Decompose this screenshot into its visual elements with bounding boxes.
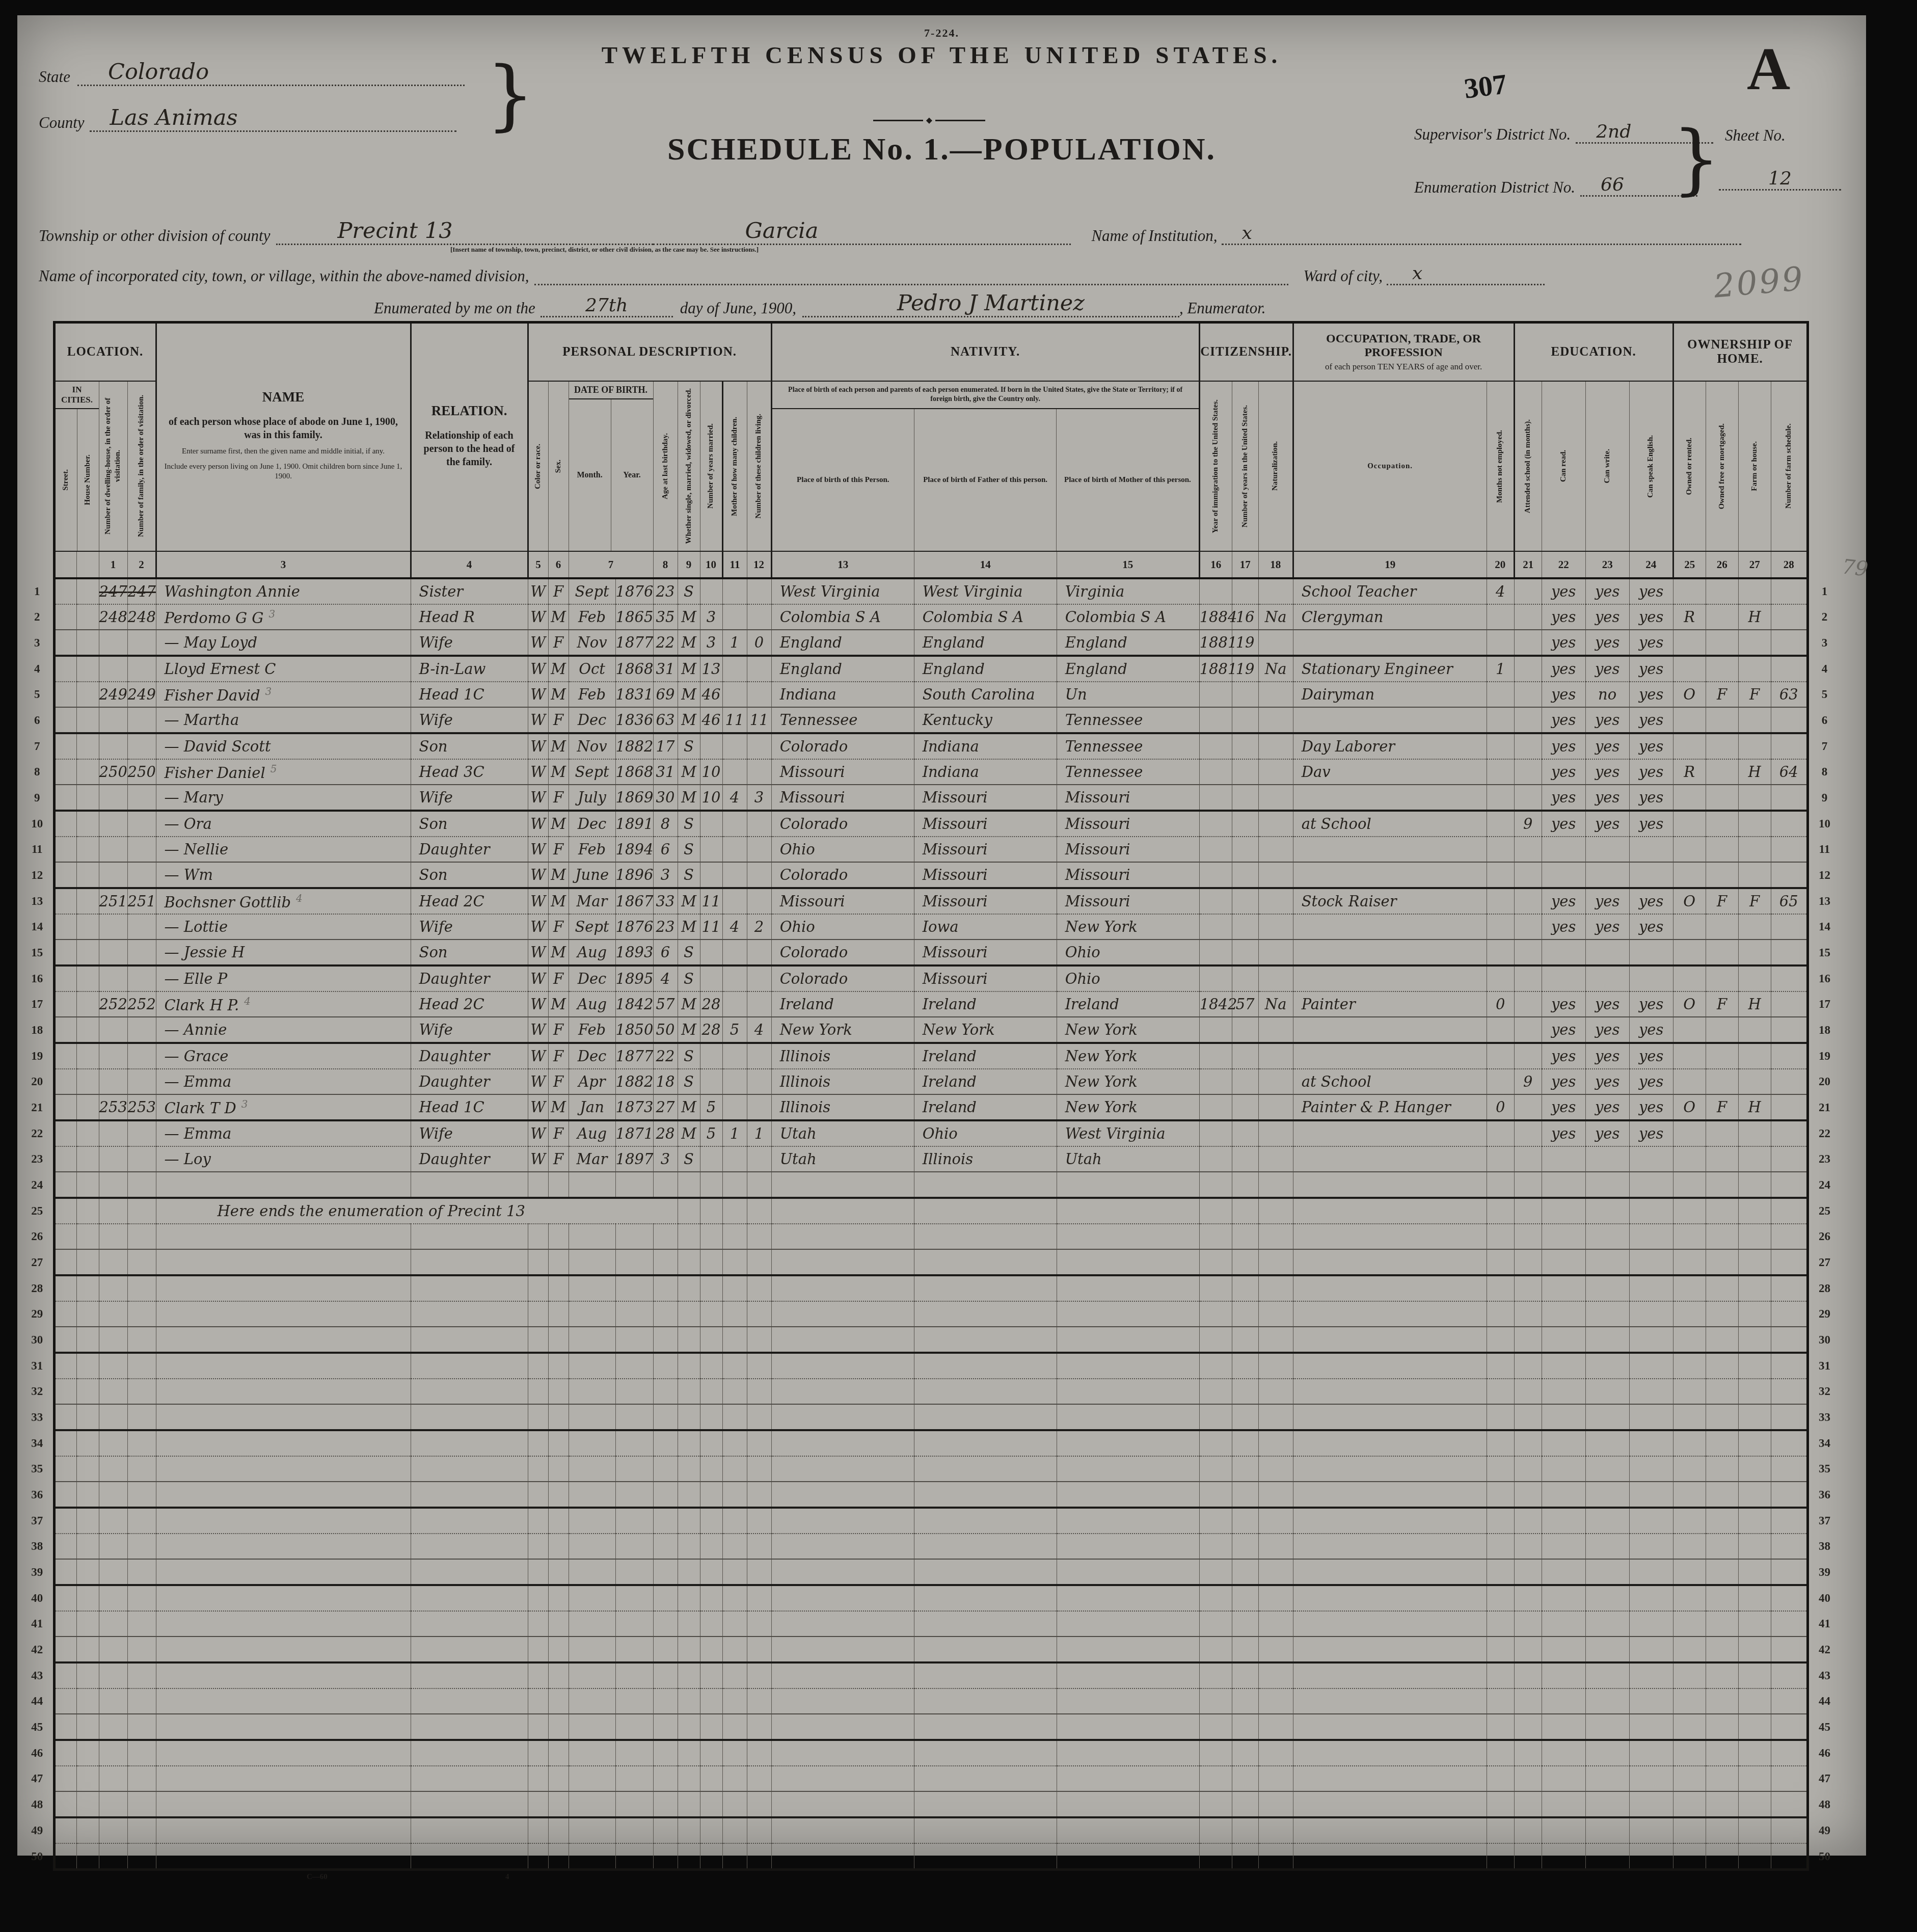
cell-yr: 1896	[615, 862, 653, 888]
cell-age	[653, 1662, 678, 1688]
cell-fam: 249	[127, 682, 156, 707]
cell-mar: S	[678, 862, 700, 888]
cell-fno	[1771, 1534, 1807, 1559]
column-number: 2	[127, 551, 156, 578]
cell-write	[1585, 1662, 1629, 1688]
year-label: Year.	[611, 399, 653, 551]
cell-cl	[747, 733, 771, 759]
cell-street	[54, 759, 76, 785]
cell-mu	[1487, 1198, 1514, 1224]
line-number: 34	[1807, 1430, 1840, 1456]
table-row: 1247247Washington AnnieSisterWFSept18762…	[21, 578, 1840, 604]
cell-mar: S	[678, 965, 700, 991]
cell-fam	[127, 1559, 156, 1585]
township-line: Township or other division of county Pre…	[39, 218, 1741, 245]
cell-yus	[1232, 965, 1258, 991]
cell-c	[528, 1508, 548, 1534]
cell-pf	[914, 1534, 1057, 1559]
cell-mu	[1487, 759, 1514, 785]
cell-mc	[722, 604, 747, 630]
cell-yus	[1232, 1714, 1258, 1740]
cell-house	[76, 1172, 99, 1198]
cell-cl	[747, 1559, 771, 1585]
cell-rel	[411, 1224, 528, 1249]
cell-school	[1514, 630, 1542, 656]
cell-name: — Wm	[156, 862, 411, 888]
cell-ym: 5	[700, 1120, 722, 1146]
line-number: 16	[21, 965, 54, 991]
cell-own: R	[1673, 604, 1706, 630]
cell-imm	[1199, 1172, 1232, 1198]
cell-cl	[747, 1791, 771, 1817]
cell-ym	[700, 1559, 722, 1585]
cell-mu	[1487, 1353, 1514, 1379]
column-number: 24	[1629, 551, 1673, 578]
cell-nat	[1258, 862, 1293, 888]
cell-mu	[1487, 1017, 1514, 1043]
cell-occ: at School	[1293, 811, 1487, 837]
cell-fh	[1738, 1585, 1771, 1611]
cell-imm	[1199, 940, 1232, 965]
marital-label: Whether single, married, widowed, or div…	[678, 381, 700, 551]
cell-c	[528, 1636, 548, 1662]
family-number-label: Number of family, in the order of visita…	[127, 381, 156, 551]
cell-read: yes	[1542, 991, 1585, 1017]
cell-pob: Colorado	[771, 733, 914, 759]
cell-ym	[700, 1275, 722, 1301]
cell-mc	[722, 1559, 747, 1585]
enumeration-line: Enumeration District No. 66	[1414, 174, 1697, 197]
cell-occ	[1293, 1843, 1487, 1870]
cell-free	[1706, 1275, 1738, 1301]
cell-name: — Emma	[156, 1120, 411, 1146]
cell-mar	[678, 1714, 700, 1740]
cell-fh	[1738, 1224, 1771, 1249]
cell-name	[156, 1482, 411, 1508]
cell-mo: Dec	[569, 1043, 615, 1069]
cell-speak	[1629, 1534, 1673, 1559]
cell-yus: 19	[1232, 630, 1258, 656]
line-number: 46	[21, 1740, 54, 1766]
cell-house	[76, 733, 99, 759]
cell-mu	[1487, 1766, 1514, 1791]
cell-yr	[615, 1224, 653, 1249]
cell-name: — Annie	[156, 1017, 411, 1043]
line-number: 46	[1807, 1740, 1840, 1766]
cell-s: F	[548, 1146, 569, 1172]
cell-imm	[1199, 1611, 1232, 1636]
cell-school	[1514, 1482, 1542, 1508]
cell-yus	[1232, 1301, 1258, 1327]
cell-s	[548, 1585, 569, 1611]
cell-mu	[1487, 940, 1514, 965]
cell-c: W	[528, 914, 548, 940]
cell-write: yes	[1585, 1043, 1629, 1069]
cell-house	[76, 1249, 99, 1275]
cell-fh	[1738, 1120, 1771, 1146]
cell-school	[1514, 940, 1542, 965]
column-relation-header: RELATION. Relationship of each person to…	[411, 323, 528, 552]
cell-mar	[678, 1172, 700, 1198]
cell-pf: Kentucky	[914, 707, 1057, 733]
cell-pf	[914, 1379, 1057, 1404]
line-number: 4	[1807, 656, 1840, 682]
cell-ym	[700, 940, 722, 965]
cell-fam	[127, 1301, 156, 1327]
cell-s: F	[548, 707, 569, 733]
cell-write: yes	[1585, 991, 1629, 1017]
house-number-label: House Number.	[83, 454, 93, 505]
cell-pm: Missouri	[1057, 837, 1199, 862]
cell-ym: 46	[700, 682, 722, 707]
line-number: 9	[1807, 785, 1840, 811]
cell-fh	[1738, 1249, 1771, 1275]
cell-mc	[722, 1224, 747, 1249]
cell-mc	[722, 1843, 747, 1870]
cell-rel: Daughter	[411, 1043, 528, 1069]
cell-nat	[1258, 682, 1293, 707]
cell-speak: yes	[1629, 1120, 1673, 1146]
cell-c	[528, 1482, 548, 1508]
cell-mar: S	[678, 811, 700, 837]
cell-street	[54, 1766, 76, 1791]
cell-house	[76, 1714, 99, 1740]
cell-read: yes	[1542, 707, 1585, 733]
cell-write	[1585, 1766, 1629, 1791]
cell-dw	[99, 1430, 127, 1456]
cell-yr: 1876	[615, 578, 653, 604]
cell-own	[1673, 1146, 1706, 1172]
cell-cl	[747, 1094, 771, 1120]
cell-dw	[99, 1301, 127, 1327]
cell-pob: Illinois	[771, 1043, 914, 1069]
cell-fh	[1738, 811, 1771, 837]
cell-cl	[747, 1766, 771, 1791]
cell-age	[653, 1585, 678, 1611]
census-table: LOCATION. NAME of each person whose plac…	[21, 321, 1840, 1871]
cell-yus: 19	[1232, 656, 1258, 682]
cell-mu	[1487, 785, 1514, 811]
column-number: 22	[1542, 551, 1585, 578]
cell-s: M	[548, 888, 569, 914]
cell-mc	[722, 1456, 747, 1482]
cell-age: 6	[653, 940, 678, 965]
table-row: 22— EmmaWifeWFAug187128M511UtahOhioWest …	[21, 1120, 1840, 1146]
cell-ym: 3	[700, 604, 722, 630]
cell-nat	[1258, 1094, 1293, 1120]
cell-mar: M	[678, 1017, 700, 1043]
cell-fam	[127, 1120, 156, 1146]
cell-imm	[1199, 1275, 1232, 1301]
cell-age	[653, 1714, 678, 1740]
cell-yr: 1877	[615, 1043, 653, 1069]
city-line: Name of incorporated city, town, or vill…	[39, 263, 1545, 285]
line-number: 1	[21, 578, 54, 604]
cell-dw	[99, 1069, 127, 1094]
cell-pf: Missouri	[914, 837, 1057, 862]
cell-mo	[569, 1688, 615, 1714]
cell-s: F	[548, 1017, 569, 1043]
cell-cl	[747, 1611, 771, 1636]
table-row: 4242	[21, 1636, 1840, 1662]
cell-fam	[127, 1043, 156, 1069]
cell-rel: Wife	[411, 1120, 528, 1146]
cell-s: M	[548, 682, 569, 707]
cell-rel	[411, 1688, 528, 1714]
line-number: 38	[1807, 1534, 1840, 1559]
cell-fam	[127, 1198, 156, 1224]
cell-c: W	[528, 707, 548, 733]
cell-mu	[1487, 1611, 1514, 1636]
cell-nat	[1258, 1766, 1293, 1791]
cell-fh	[1738, 1688, 1771, 1714]
cell-occ: Painter & P. Hanger	[1293, 1094, 1487, 1120]
cell-nat	[1258, 1482, 1293, 1508]
cell-street	[54, 1043, 76, 1069]
cell-read	[1542, 1275, 1585, 1301]
cell-ym	[700, 1766, 722, 1791]
cell-school	[1514, 785, 1542, 811]
cell-pob	[771, 1636, 914, 1662]
cell-yr	[615, 1275, 653, 1301]
cell-pob: West Virginia	[771, 578, 914, 604]
cell-name: — Ora	[156, 811, 411, 837]
cell-fno	[1771, 1508, 1807, 1534]
cell-fam	[127, 1585, 156, 1611]
cell-dw	[99, 656, 127, 682]
cell-school	[1514, 965, 1542, 991]
line-number: 42	[1807, 1636, 1840, 1662]
cell-fam	[127, 1636, 156, 1662]
cell-name: — Mary	[156, 785, 411, 811]
cell-s: F	[548, 578, 569, 604]
cell-fh: H	[1738, 991, 1771, 1017]
cell-nat: Na	[1258, 656, 1293, 682]
cell-write	[1585, 1275, 1629, 1301]
cell-yus	[1232, 1508, 1258, 1534]
cell-own	[1673, 733, 1706, 759]
cell-s: F	[548, 1069, 569, 1094]
cell-street	[54, 682, 76, 707]
cell-rel	[411, 1766, 528, 1791]
cell-nat: Na	[1258, 991, 1293, 1017]
table-row: 3636	[21, 1482, 1840, 1508]
cell-speak: yes	[1629, 656, 1673, 682]
owned-free-label: Owned free or mortgaged.	[1706, 381, 1738, 551]
county-line: County Las Animas	[39, 105, 456, 132]
cell-pob: Illinois	[771, 1069, 914, 1094]
cell-occ	[1293, 862, 1487, 888]
cell-c	[528, 1172, 548, 1198]
cell-imm: 1884	[1199, 604, 1232, 630]
cell-s: F	[548, 1120, 569, 1146]
line-number: 45	[1807, 1714, 1840, 1740]
cell-fam	[127, 1430, 156, 1456]
cell-rel	[411, 1249, 528, 1275]
cell-cl	[747, 1249, 771, 1275]
cell-c: W	[528, 656, 548, 682]
cell-speak: yes	[1629, 811, 1673, 837]
cell-mar	[678, 1430, 700, 1456]
cell-rel	[411, 1508, 528, 1534]
cell-cl	[747, 604, 771, 630]
line-number: 47	[21, 1766, 54, 1791]
cell-read	[1542, 862, 1585, 888]
can-read-label: Can read.	[1542, 381, 1585, 551]
cell-pob: Ohio	[771, 914, 914, 940]
cell-dw	[99, 914, 127, 940]
cell-mo	[569, 1843, 615, 1870]
cell-free	[1706, 578, 1738, 604]
cell-s: M	[548, 940, 569, 965]
pencil-annotation: 5	[271, 763, 277, 775]
column-number: 25	[1673, 551, 1706, 578]
cell-dw	[99, 1817, 127, 1843]
cell-fh	[1738, 1766, 1771, 1791]
cell-pf: Illinois	[914, 1146, 1057, 1172]
cell-cl	[747, 1585, 771, 1611]
cell-age: 23	[653, 914, 678, 940]
cell-street	[54, 1559, 76, 1585]
cell-dw	[99, 1198, 127, 1224]
cell-own	[1673, 1430, 1706, 1456]
cell-yus	[1232, 1017, 1258, 1043]
cell-write: yes	[1585, 914, 1629, 940]
cell-s: M	[548, 604, 569, 630]
cell-mc	[722, 1404, 747, 1430]
cell-school	[1514, 1817, 1542, 1843]
cell-dw: 253	[99, 1094, 127, 1120]
cell-c	[528, 1327, 548, 1353]
cell-cl	[747, 1636, 771, 1662]
cell-ym	[700, 1430, 722, 1456]
cell-dw	[99, 1508, 127, 1534]
name-note1: Enter surname first, then the given name…	[164, 447, 403, 457]
line-number: 8	[21, 759, 54, 785]
cell-mo: Sept	[569, 578, 615, 604]
cell-fno	[1771, 1017, 1807, 1043]
cell-occ	[1293, 940, 1487, 965]
cell-pf	[914, 1275, 1057, 1301]
cell-mc	[722, 1430, 747, 1456]
cell-yus	[1232, 1275, 1258, 1301]
cell-mc: 4	[722, 785, 747, 811]
cell-ym	[700, 1482, 722, 1508]
cell-fh	[1738, 1791, 1771, 1817]
cell-free	[1706, 1172, 1738, 1198]
cell-house	[76, 888, 99, 914]
cell-write	[1585, 1249, 1629, 1275]
cell-own	[1673, 1275, 1706, 1301]
cell-pf: Ohio	[914, 1120, 1057, 1146]
cell-house	[76, 991, 99, 1017]
table-row: 3939	[21, 1559, 1840, 1585]
cell-house	[76, 1843, 99, 1870]
cell-write: yes	[1585, 604, 1629, 630]
cell-house	[76, 630, 99, 656]
cell-s	[548, 1379, 569, 1404]
name-desc: of each person whose place of abode on J…	[164, 415, 403, 442]
cell-mo: Aug	[569, 1120, 615, 1146]
cell-pob: Illinois	[771, 1094, 914, 1120]
cell-house	[76, 1069, 99, 1094]
cell-fno	[1771, 991, 1807, 1017]
cell-mu	[1487, 682, 1514, 707]
cell-fam	[127, 707, 156, 733]
cell-school	[1514, 1611, 1542, 1636]
cell-nat	[1258, 1508, 1293, 1534]
cell-read: yes	[1542, 1120, 1585, 1146]
enumeration-label: Enumeration District No.	[1414, 178, 1575, 197]
table-row: 9— MaryWifeWFJuly186930M1043MissouriMiss…	[21, 785, 1840, 811]
cell-age	[653, 1456, 678, 1482]
cell-mu	[1487, 1636, 1514, 1662]
cell-nat	[1258, 1456, 1293, 1482]
cell-mc: 1	[722, 630, 747, 656]
cell-school	[1514, 604, 1542, 630]
sheet-footer: C—60 4	[21, 1871, 1866, 1896]
cell-free	[1706, 656, 1738, 682]
cell-fh	[1738, 1172, 1771, 1198]
cell-speak	[1629, 965, 1673, 991]
cell-fam	[127, 733, 156, 759]
cell-ym	[700, 1224, 722, 1249]
cell-read	[1542, 1353, 1585, 1379]
cell-mc	[722, 1094, 747, 1120]
table-row: 23— LoyDaughterWFMar18973SUtahIllinoisUt…	[21, 1146, 1840, 1172]
table-row: 3838	[21, 1534, 1840, 1559]
cell-age: 33	[653, 888, 678, 914]
cell-yr: 1868	[615, 656, 653, 682]
cell-dw	[99, 630, 127, 656]
cell-occ	[1293, 965, 1487, 991]
cell-ym	[700, 1404, 722, 1430]
cell-fh	[1738, 1275, 1771, 1301]
cell-dw: 251	[99, 888, 127, 914]
cell-nat	[1258, 1379, 1293, 1404]
cell-name	[156, 1559, 411, 1585]
cell-name	[156, 1275, 411, 1301]
cell-cl	[747, 1430, 771, 1456]
title-ornament: ◆	[873, 115, 985, 125]
cell-ym	[700, 1327, 722, 1353]
cell-pob: England	[771, 630, 914, 656]
cell-dw	[99, 1714, 127, 1740]
cell-cl	[747, 1224, 771, 1249]
cell-occ	[1293, 1017, 1487, 1043]
cell-school	[1514, 1301, 1542, 1327]
cell-own	[1673, 1791, 1706, 1817]
cell-fh	[1738, 837, 1771, 862]
line-number: 43	[21, 1662, 54, 1688]
township-value: Precint 13	[276, 218, 653, 245]
cell-s	[548, 1327, 569, 1353]
cell-name: — Martha	[156, 707, 411, 733]
cell-cl	[747, 811, 771, 837]
cell-fam	[127, 1611, 156, 1636]
cell-yr: 1877	[615, 630, 653, 656]
cell-house	[76, 837, 99, 862]
cell-cl	[747, 862, 771, 888]
census-sheet: 7-224. TWELFTH CENSUS OF THE UNITED STAT…	[17, 15, 1866, 1856]
cell-own: O	[1673, 682, 1706, 707]
cell-write: yes	[1585, 1094, 1629, 1120]
enumerated-mid: day of June, 1900,	[680, 299, 796, 317]
cell-school	[1514, 1430, 1542, 1456]
cell-pob	[771, 1379, 914, 1404]
cell-occ	[1293, 1791, 1487, 1817]
cell-fno	[1771, 1198, 1807, 1224]
